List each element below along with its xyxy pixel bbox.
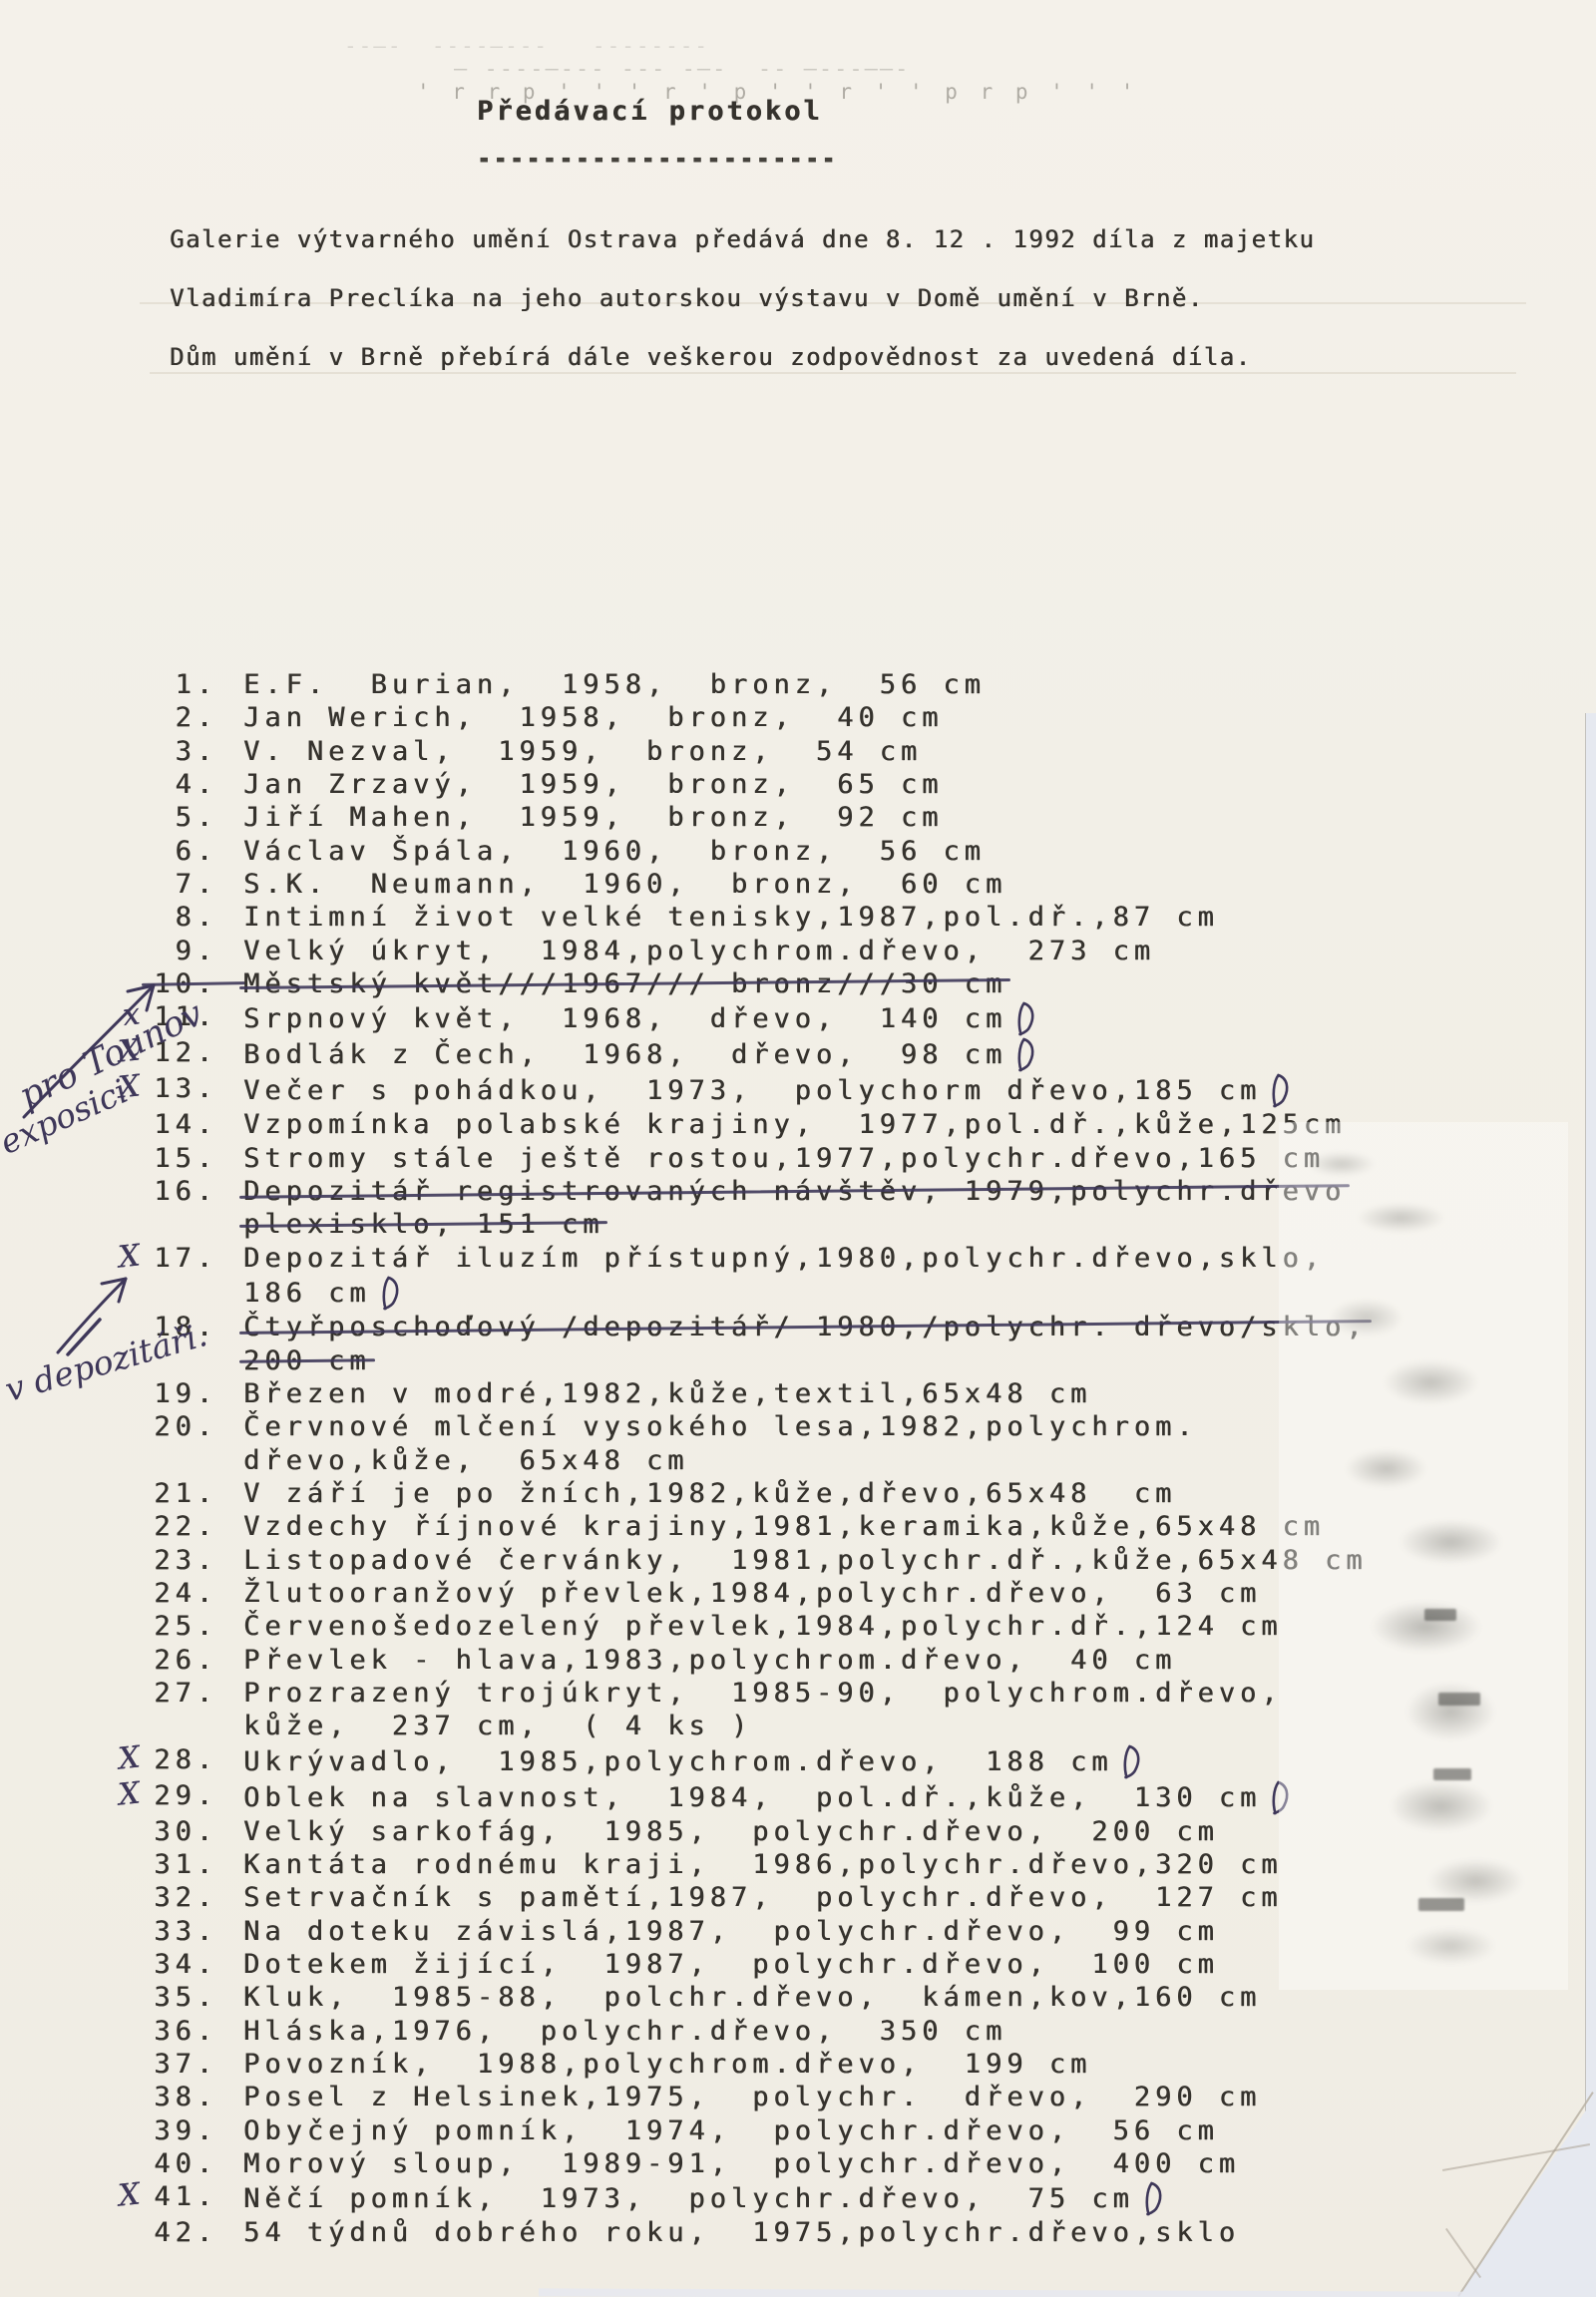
item-number: 9. bbox=[140, 935, 217, 967]
smudge bbox=[1294, 1147, 1389, 1181]
item-text: Stromy stále ještě rostou,1977,polychr.d… bbox=[243, 1142, 1325, 1175]
list-item: dřevo,kůže, 65x48 cm bbox=[90, 1444, 1368, 1477]
item-number: 4. bbox=[140, 768, 217, 801]
item-text: Posel z Helsinek,1975, polychr. dřevo, 2… bbox=[243, 2081, 1261, 2113]
item-text: Srpnový květ, 1968, dřevo, 140 cm bbox=[243, 1000, 1039, 1036]
item-number: 6. bbox=[140, 835, 217, 868]
item-text: dřevo,kůže, 65x48 cm bbox=[243, 1444, 688, 1477]
item-number: 34. bbox=[140, 1948, 217, 1981]
pen-d-mark-icon bbox=[1142, 2180, 1167, 2216]
item-text: Intimní život velké tenisky,1987,pol.dř.… bbox=[243, 901, 1219, 934]
item-number: 29. bbox=[140, 1779, 217, 1812]
item-text: Povozník, 1988,polychrom.dřevo, 199 cm bbox=[243, 2048, 1091, 2081]
list-item: 1.E.F. Burian, 1958, bronz, 56 cm bbox=[90, 668, 1368, 701]
smudge bbox=[1418, 1898, 1464, 1911]
smudge bbox=[1379, 1511, 1523, 1573]
scanned-document-page: { "colors":{"pen":"#3e3759","ink":"#3532… bbox=[0, 0, 1596, 2297]
item-number: 35. bbox=[140, 1981, 217, 2014]
list-item: plexisklo, 151 cm bbox=[90, 1208, 1368, 1241]
page-title: Předávací protokol bbox=[477, 96, 838, 127]
item-number: 8. bbox=[140, 901, 217, 934]
item-text: 54 týdnů dobrého roku, 1975,polychr.dřev… bbox=[243, 2216, 1240, 2249]
list-item: x11.Srpnový květ, 1968, dřevo, 140 cm bbox=[90, 1000, 1368, 1036]
pen-d-mark-icon bbox=[1014, 1036, 1039, 1072]
list-item: 3.V. Nezval, 1959, bronz, 54 cm bbox=[90, 735, 1368, 768]
item-number: 36. bbox=[140, 2015, 217, 2048]
pen-arrow-icon bbox=[52, 1265, 152, 1359]
list-item: 25.Červenošedozelený převlek,1984,polych… bbox=[90, 1610, 1368, 1643]
item-text: Velký úkryt, 1984,polychrom.dřevo, 273 c… bbox=[243, 935, 1155, 967]
item-text: Václav Špála, 1960, bronz, 56 cm bbox=[243, 835, 986, 868]
list-item: X12.Bodlák z Čech, 1968, dřevo, 98 cm bbox=[90, 1036, 1368, 1072]
list-item: X41.Něčí pomník, 1973, polychr.dřevo, 75… bbox=[90, 2180, 1368, 2216]
intro-paragraphs: Galerie výtvarného umění Ostrava předává… bbox=[170, 213, 1315, 384]
item-number: 2. bbox=[140, 701, 217, 734]
list-item: 34.Dotekem žijící, 1987, polychr.dřevo, … bbox=[90, 1948, 1368, 1981]
item-text: Březen v modré,1982,kůže,textil,65x48 cm bbox=[243, 1377, 1091, 1410]
item-text: Večer s pohádkou, 1973, polychorm dřevo,… bbox=[243, 1072, 1294, 1108]
item-number: 22. bbox=[140, 1510, 217, 1543]
smudge bbox=[1424, 1609, 1456, 1621]
smudge bbox=[1389, 1920, 1513, 1972]
list-item: X29.Oblek na slavnost, 1984, pol.dř.,kůž… bbox=[90, 1779, 1368, 1815]
item-text: Kantáta rodnému kraji, 1986,polychr.dřev… bbox=[243, 1848, 1283, 1881]
list-item: 37.Povozník, 1988,polychrom.dřevo, 199 c… bbox=[90, 2048, 1368, 2081]
pen-arrow-icon bbox=[18, 969, 168, 1124]
item-number: 23. bbox=[140, 1544, 217, 1577]
item-number: 5. bbox=[140, 801, 217, 834]
list-item: 38.Posel z Helsinek,1975, polychr. dřevo… bbox=[90, 2081, 1368, 2113]
smudge bbox=[1329, 1441, 1443, 1496]
list-item: 40.Morový sloup, 1989-91, polychr.dřevo,… bbox=[90, 2147, 1368, 2180]
item-text: Kluk, 1985-88, polchr.dřevo, kámen,kov,1… bbox=[243, 1981, 1261, 2014]
item-text: Hláska,1976, polychr.dřevo, 350 cm bbox=[243, 2015, 1006, 2048]
item-text: Prozrazený trojúkryt, 1985-90, polychrom… bbox=[243, 1677, 1283, 1710]
item-number: 24. bbox=[140, 1577, 217, 1610]
item-text: Vzdechy říjnové krajiny,1981,keramika,ků… bbox=[243, 1510, 1325, 1543]
item-text: kůže, 237 cm, ( 4 ks ) bbox=[243, 1710, 752, 1742]
item-text: S.K. Neumann, 1960, bronz, 60 cm bbox=[243, 868, 1006, 901]
scanner-background-edge bbox=[1585, 713, 1596, 2297]
smudge bbox=[1389, 1671, 1513, 1752]
pen-d-mark-icon bbox=[379, 1275, 404, 1311]
list-item: 26.Převlek - hlava,1983,polychrom.dřevo,… bbox=[90, 1644, 1368, 1677]
item-text: V září je po žních,1982,kůže,dřevo,65x48… bbox=[243, 1477, 1176, 1510]
item-text: Velký sarkofág, 1985, polychr.dřevo, 200… bbox=[243, 1815, 1219, 1848]
list-item: 7.S.K. Neumann, 1960, bronz, 60 cm bbox=[90, 868, 1368, 901]
list-item: 10.Městský květ///1967/// bronz///30 cm bbox=[90, 967, 1368, 1000]
list-item: 42.54 týdnů dobrého roku, 1975,polychr.d… bbox=[90, 2216, 1368, 2249]
item-number: 42. bbox=[140, 2216, 217, 2249]
handwritten-x-mark: X bbox=[88, 1776, 141, 1814]
intro-line: Galerie výtvarného umění Ostrava předává… bbox=[170, 213, 1315, 266]
list-item: X28.Ukrývadlo, 1985,polychrom.dřevo, 188… bbox=[90, 1743, 1368, 1779]
list-item: 24.Žlutooranžový převlek,1984,polychr.dř… bbox=[90, 1577, 1368, 1610]
item-text: Oblek na slavnost, 1984, pol.dř.,kůže, 1… bbox=[243, 1779, 1294, 1815]
list-item: 27.Prozrazený trojúkryt, 1985-90, polych… bbox=[90, 1677, 1368, 1710]
item-number: 26. bbox=[140, 1644, 217, 1677]
list-item: X17.Depozitář iluzím přístupný,1980,poly… bbox=[90, 1242, 1368, 1275]
item-number: 41. bbox=[140, 2180, 217, 2213]
item-text: Bodlák z Čech, 1968, dřevo, 98 cm bbox=[243, 1036, 1039, 1072]
list-item: 6.Václav Špála, 1960, bronz, 56 cm bbox=[90, 835, 1368, 868]
item-text: 200 cm bbox=[243, 1344, 371, 1377]
list-item: 31.Kantáta rodnému kraji, 1986,polychr.d… bbox=[90, 1848, 1368, 1881]
list-item: 186 cm bbox=[90, 1275, 1368, 1311]
smudge bbox=[1349, 1591, 1503, 1663]
list-item: 15.Stromy stále ještě rostou,1977,polych… bbox=[90, 1142, 1368, 1175]
list-item: 35.Kluk, 1985-88, polchr.dřevo, kámen,ko… bbox=[90, 1981, 1368, 2014]
list-item: 20.Červnové mlčení vysokého lesa,1982,po… bbox=[90, 1410, 1368, 1443]
smudge bbox=[1438, 1693, 1480, 1706]
list-item: 18.Čtyřposchoďový /depozitář/ 1980,/poly… bbox=[90, 1311, 1368, 1343]
item-number: 25. bbox=[140, 1610, 217, 1643]
item-text: Jan Werich, 1958, bronz, 40 cm bbox=[243, 701, 943, 734]
item-text: Jan Zrzavý, 1959, bronz, 65 cm bbox=[243, 768, 943, 801]
list-item: 4.Jan Zrzavý, 1959, bronz, 65 cm bbox=[90, 768, 1368, 801]
intro-line: Vladimíra Preclíka na jeho autorskou výs… bbox=[170, 272, 1315, 325]
item-number: 15. bbox=[140, 1142, 217, 1175]
list-item: 21.V září je po žních,1982,kůže,dřevo,65… bbox=[90, 1477, 1368, 1510]
item-number: 21. bbox=[140, 1477, 217, 1510]
item-text: Listopadové červánky, 1981,polychr.dř.,k… bbox=[243, 1544, 1368, 1577]
item-text: Něčí pomník, 1973, polychr.dřevo, 75 cm bbox=[243, 2180, 1167, 2216]
list-item: 200 cm bbox=[90, 1344, 1368, 1377]
title-underline: ---------------------- bbox=[477, 140, 838, 178]
item-number: 39. bbox=[140, 2114, 217, 2147]
item-text: Červenošedozelený převlek,1984,polychr.d… bbox=[243, 1610, 1283, 1643]
smudge bbox=[1364, 1351, 1498, 1413]
list-item: 2.Jan Werich, 1958, bronz, 40 cm bbox=[90, 701, 1368, 734]
list-item: 14.Vzpomínka polabské krajiny, 1977,pol.… bbox=[90, 1108, 1368, 1141]
smudge bbox=[1433, 1768, 1471, 1780]
item-number: 16. bbox=[140, 1175, 217, 1208]
list-item: 22.Vzdechy říjnové krajiny,1981,keramika… bbox=[90, 1510, 1368, 1543]
ghost-typed-row: — ----—--- --- -—- -- —---——- bbox=[454, 57, 910, 82]
item-text: Na doteku závislá,1987, polychr.dřevo, 9… bbox=[243, 1915, 1219, 1948]
item-text: V. Nezval, 1959, bronz, 54 cm bbox=[243, 735, 922, 768]
pen-d-mark-icon bbox=[1269, 1072, 1294, 1108]
item-text: Ukrývadlo, 1985,polychrom.dřevo, 188 cm bbox=[243, 1743, 1145, 1779]
handwritten-x-mark: X bbox=[88, 1740, 141, 1778]
item-number: 7. bbox=[140, 868, 217, 901]
list-item: 36.Hláska,1976, polychr.dřevo, 350 cm bbox=[90, 2015, 1368, 2048]
item-text: Jiří Mahen, 1959, bronz, 92 cm bbox=[243, 801, 943, 834]
item-number: 20. bbox=[140, 1410, 217, 1443]
item-number: 30. bbox=[140, 1815, 217, 1848]
item-text: plexisklo, 151 cm bbox=[243, 1208, 603, 1241]
item-text: Depozitář registrovaných návštěv, 1979,p… bbox=[243, 1175, 1346, 1208]
item-number: 27. bbox=[140, 1677, 217, 1710]
pen-d-mark-icon bbox=[1014, 1000, 1039, 1036]
item-number: 32. bbox=[140, 1881, 217, 1914]
ghost-typed-row: --—- ----—--- -------- bbox=[344, 34, 709, 58]
item-text: Depozitář iluzím přístupný,1980,polychr.… bbox=[243, 1242, 1325, 1275]
item-number: 19. bbox=[140, 1377, 217, 1410]
photocopy-ghost-column bbox=[1279, 1122, 1568, 1990]
intro-line: Dům umění v Brně přebírá dále veškerou z… bbox=[170, 331, 1315, 384]
list-item: 8.Intimní život velké tenisky,1987,pol.d… bbox=[90, 901, 1368, 934]
artwork-list: 1.E.F. Burian, 1958, bronz, 56 cm2.Jan W… bbox=[90, 668, 1368, 2250]
list-item: 9.Velký úkryt, 1984,polychrom.dřevo, 273… bbox=[90, 935, 1368, 967]
list-item: 19.Březen v modré,1982,kůže,textil,65x48… bbox=[90, 1377, 1368, 1410]
list-item: 5.Jiří Mahen, 1959, bronz, 92 cm bbox=[90, 801, 1368, 834]
list-item: 30.Velký sarkofág, 1985, polychr.dřevo, … bbox=[90, 1815, 1368, 1848]
item-text: Převlek - hlava,1983,polychrom.dřevo, 40… bbox=[243, 1644, 1176, 1677]
list-item: 39.Obyčejný pomník, 1974, polychr.dřevo,… bbox=[90, 2114, 1368, 2147]
list-item: X13.Večer s pohádkou, 1973, polychorm dř… bbox=[90, 1072, 1368, 1108]
item-number: 3. bbox=[140, 735, 217, 768]
item-text: Morový sloup, 1989-91, polychr.dřevo, 40… bbox=[243, 2147, 1240, 2180]
pen-d-mark-icon bbox=[1120, 1743, 1145, 1779]
item-text: E.F. Burian, 1958, bronz, 56 cm bbox=[243, 668, 986, 701]
item-number: 37. bbox=[140, 2048, 217, 2081]
item-number: 40. bbox=[140, 2147, 217, 2180]
item-text: Vzpomínka polabské krajiny, 1977,pol.dř.… bbox=[243, 1108, 1346, 1141]
item-text: 186 cm bbox=[243, 1275, 404, 1311]
item-text: Setrvačník s pamětí,1987, polychr.dřevo,… bbox=[243, 1881, 1283, 1914]
item-text: Červnové mlčení vysokého lesa,1982,polyc… bbox=[243, 1410, 1198, 1443]
item-number: 38. bbox=[140, 2081, 217, 2113]
smudge bbox=[1314, 1292, 1418, 1343]
list-item: 32.Setrvačník s pamětí,1987, polychr.dře… bbox=[90, 1881, 1368, 1914]
handwritten-x-mark: X bbox=[88, 2178, 141, 2216]
item-number: 33. bbox=[140, 1915, 217, 1948]
list-item: 33.Na doteku závislá,1987, polychr.dřevo… bbox=[90, 1915, 1368, 1948]
item-number: 28. bbox=[140, 1743, 217, 1776]
smudge bbox=[1339, 1197, 1463, 1239]
list-item: kůže, 237 cm, ( 4 ks ) bbox=[90, 1710, 1368, 1742]
item-number: 31. bbox=[140, 1848, 217, 1881]
list-item: 23.Listopadové červánky, 1981,polychr.dř… bbox=[90, 1544, 1368, 1577]
item-number: 1. bbox=[140, 668, 217, 701]
item-text: Čtyřposchoďový /depozitář/ 1980,/polychr… bbox=[243, 1311, 1368, 1343]
list-item: 16.Depozitář registrovaných návštěv, 197… bbox=[90, 1175, 1368, 1208]
item-text: Dotekem žijící, 1987, polychr.dřevo, 100… bbox=[243, 1948, 1219, 1981]
title-block: Předávací protokol ---------------------… bbox=[477, 96, 838, 168]
item-text: Žlutooranžový převlek,1984,polychr.dřevo… bbox=[243, 1577, 1261, 1610]
item-text: Městský květ///1967/// bronz///30 cm bbox=[243, 967, 1006, 1000]
item-text: Obyčejný pomník, 1974, polychr.dřevo, 56… bbox=[243, 2114, 1219, 2147]
smudge bbox=[1369, 1770, 1513, 1842]
